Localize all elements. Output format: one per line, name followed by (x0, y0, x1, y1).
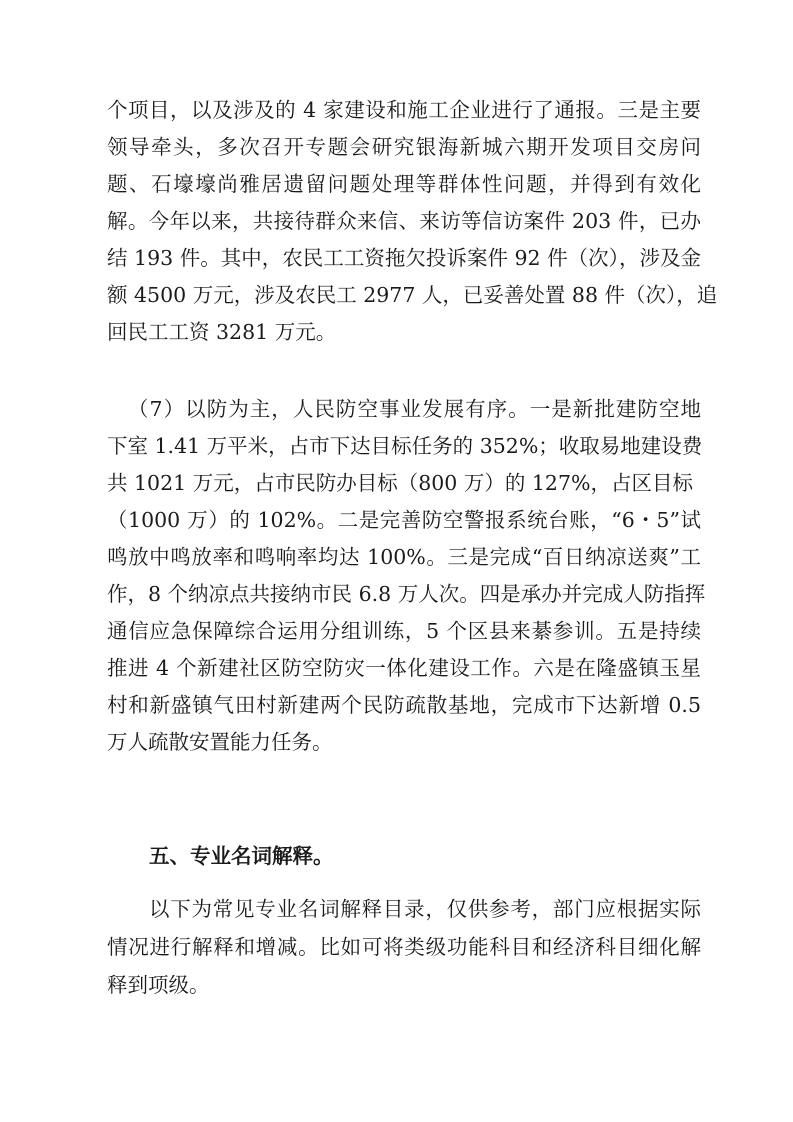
text-line: 释到项级。 (107, 971, 701, 999)
text-line-indented: 以下为常见专业名词解释目录，仅供参考，部门应根据实际 (149, 895, 701, 923)
text-line: 通信应急保障综合运用分组训练，5 个区县来綦参训。五是持续 (107, 617, 701, 645)
text-line: 作，8 个纳凉点共接纳市民 6.8 万人次。四是承办并完成人防指挥 (107, 580, 701, 608)
text-line: 解。今年以来，共接待群众来信、来访等信访案件 203 件，已办 (107, 207, 701, 235)
text-line-indented: （7）以防为主，人民防空事业发展有序。一是新批建防空地 (128, 395, 701, 423)
text-line: 结 193 件。其中，农民工工资拖欠投诉案件 92 件（次），涉及金 (107, 244, 701, 272)
text-line: 回民工工资 3281 万元。 (107, 318, 701, 346)
document-page: 个项目，以及涉及的 4 家建设和施工企业进行了通报。三是主要 领导牵头，多次召开… (0, 0, 793, 1122)
text-line: 额 4500 万元，涉及农民工 2977 人，已妥善处置 88 件（次），追 (107, 281, 701, 309)
text-line: 下室 1.41 万平米，占市下达目标任务的 352%；收取易地建设费 (107, 432, 701, 460)
text-line: 领导牵头，多次召开专题会研究银海新城六期开发项目交房问 (107, 133, 701, 161)
text-line: 共 1021 万元，占市民防办目标（800 万）的 127%，占区目标 (107, 469, 701, 497)
text-line: 题、石壕壕尚雅居遗留问题处理等群体性问题，并得到有效化 (107, 170, 701, 198)
text-line: 万人疏散安置能力任务。 (107, 728, 701, 756)
text-line: 个项目，以及涉及的 4 家建设和施工企业进行了通报。三是主要 (107, 96, 701, 124)
text-line: 情况进行解释和增减。比如可将类级功能科目和经济科目细化解 (107, 933, 701, 961)
text-line: 推进 4 个新建社区防空防灾一体化建设工作。六是在隆盛镇玉星 (107, 654, 701, 682)
text-line: 村和新盛镇气田村新建两个民防疏散基地，完成市下达新增 0.5 (107, 691, 701, 719)
section-heading: 五、专业名词解释。 (149, 842, 334, 870)
text-line: （1000 万）的 102%。二是完善防空警报系统台账，“6・5”试 (107, 506, 701, 534)
text-line: 鸣放中鸣放率和鸣响率均达 100%。三是完成“百日纳凉送爽”工 (107, 543, 701, 571)
